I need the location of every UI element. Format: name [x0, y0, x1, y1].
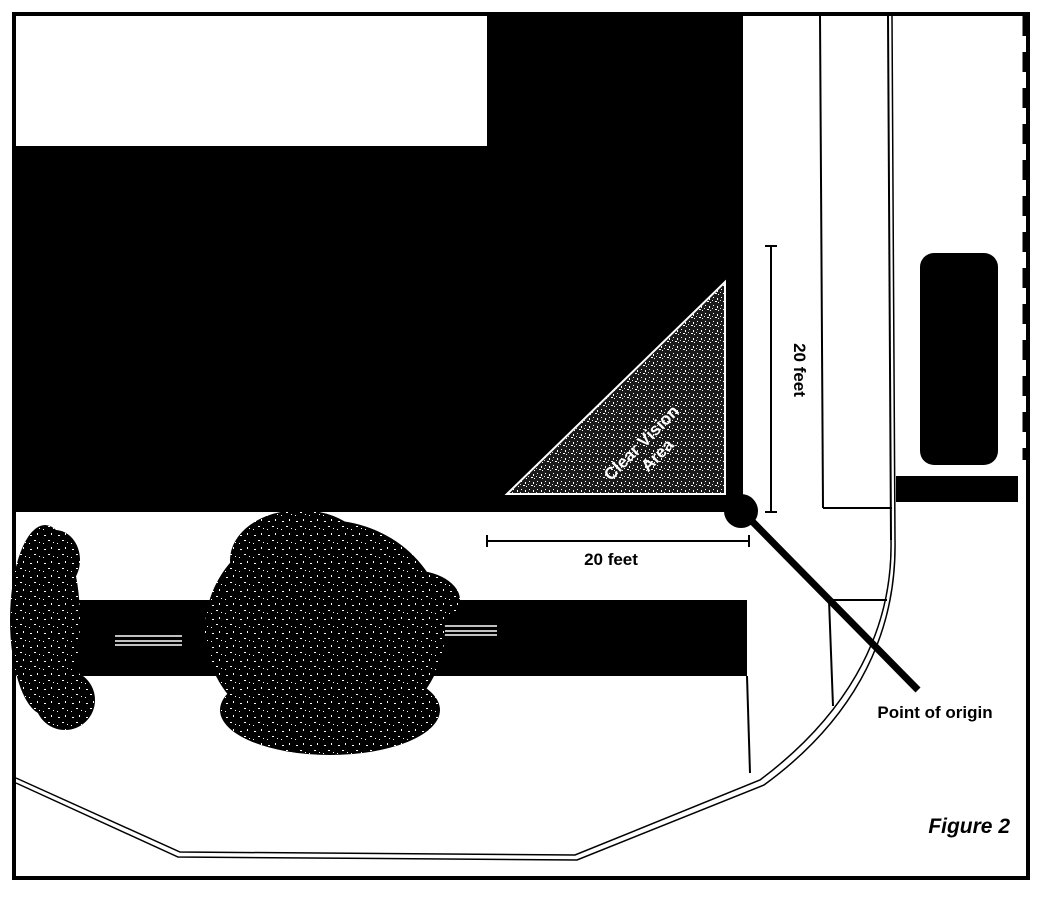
dimension-horizontal-label: 20 feet — [584, 550, 638, 569]
parked-car — [920, 253, 998, 465]
clear-vision-diagram: Clear Vision Area — [0, 0, 1054, 899]
curb-stop-bar — [896, 476, 1018, 502]
point-of-origin-label: Point of origin — [877, 703, 992, 722]
figure-caption: Figure 2 — [928, 815, 1010, 838]
dimension-vertical-label: 20 feet — [790, 343, 809, 397]
point-of-origin-marker — [724, 494, 758, 528]
